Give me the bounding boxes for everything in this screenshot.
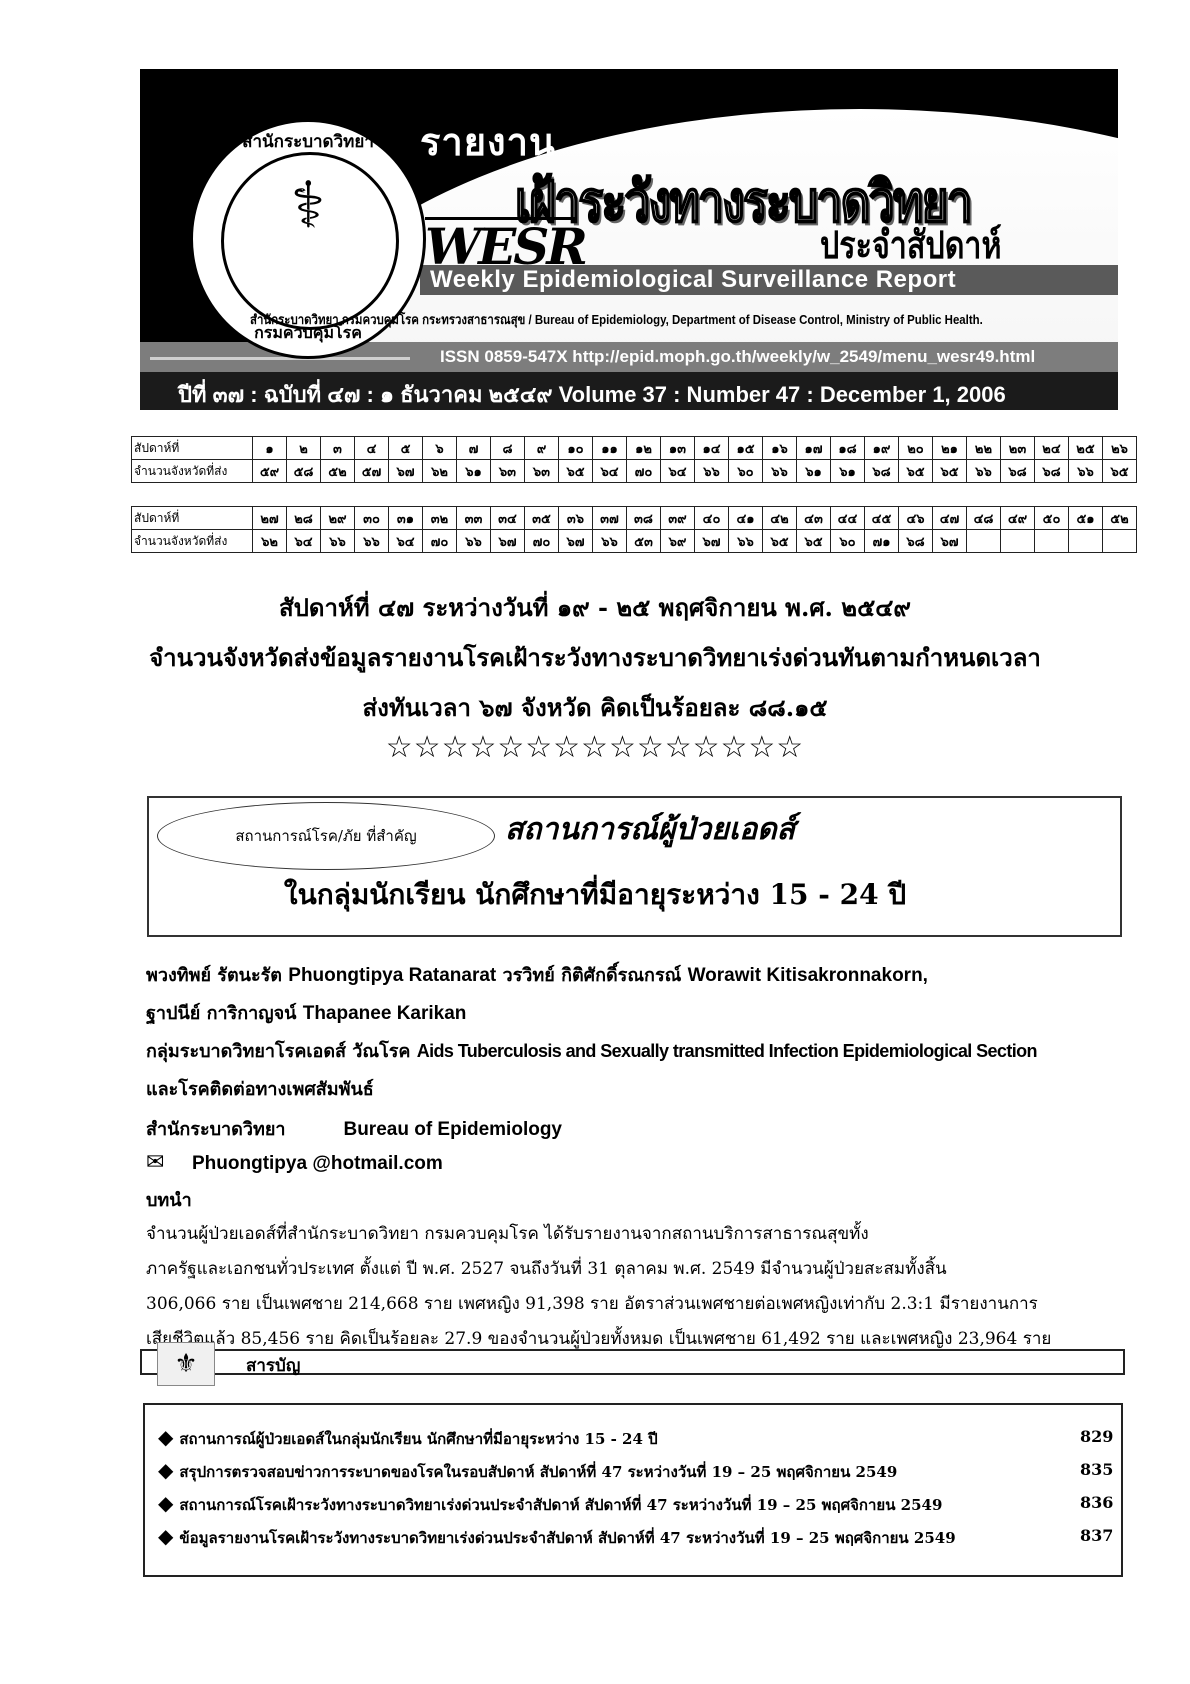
province-count-cell: ๖๖ bbox=[695, 460, 729, 483]
week-number-cell: ๓๙ bbox=[661, 507, 695, 530]
province-count-cell: ๖๖ bbox=[1069, 460, 1103, 483]
province-count-cell: ๖๔ bbox=[661, 460, 695, 483]
topic-category-badge: สถานการณ์โรค/ภัย ที่สำคัญ bbox=[157, 802, 495, 870]
province-count-cell: ๗๐ bbox=[423, 530, 457, 553]
intro-heading-text: บทนำ bbox=[146, 1190, 192, 1211]
province-count-cell: ๖๘ bbox=[899, 530, 933, 553]
week-number-cell: ๒๗ bbox=[253, 507, 287, 530]
province-count-cell: ๖๗ bbox=[491, 530, 525, 553]
week-number-cell: ๒๘ bbox=[287, 507, 321, 530]
week-number-cell: ๑๗ bbox=[797, 437, 831, 460]
province-count-cell: ๖๗ bbox=[389, 460, 423, 483]
week-number-cell: ๒๕ bbox=[1069, 437, 1103, 460]
province-count-cell bbox=[1001, 530, 1035, 553]
week-number-cell: ๕๐ bbox=[1035, 507, 1069, 530]
star-divider: ☆☆☆☆☆☆☆☆☆☆☆☆☆☆☆ bbox=[0, 730, 1190, 765]
week-number-cell: ๒๒ bbox=[967, 437, 1001, 460]
toc-item-page: 836 bbox=[1080, 1493, 1113, 1512]
toc-item-page: 829 bbox=[1080, 1427, 1113, 1446]
authors-line-2: ฐาปนีย์ การิกาญจน์ Thapanee Karikan bbox=[146, 998, 466, 1027]
province-count-cell: ๖๒ bbox=[423, 460, 457, 483]
week-number-cell: ๙ bbox=[525, 437, 559, 460]
author-1-en: Phuongtipya Ratanarat bbox=[288, 965, 496, 986]
toc-item-label: สรุปการตรวจสอบข่าวการระบาดของโรคในรอบสัป… bbox=[179, 1463, 897, 1481]
week-number-cell: ๓๕ bbox=[525, 507, 559, 530]
week-number-cell: ๕ bbox=[389, 437, 423, 460]
bureau-line: สำนักระบาดวิทยา กรมควบคุมโรค กระทรวงสาธา… bbox=[250, 309, 983, 330]
volume-line: ปีที่ ๓๗ : ฉบับที่ ๔๗ : ๑ ธันวาคม ๒๕๔๙ V… bbox=[178, 377, 1006, 410]
row-label-week: สัปดาห์ที่ bbox=[132, 507, 253, 530]
email-line: ✉Phuongtipya @hotmail.com bbox=[146, 1150, 443, 1175]
province-count-cell: ๖๑ bbox=[457, 460, 491, 483]
week-row: สัปดาห์ที่๒๗๒๘๒๙๓๐๓๑๓๒๓๓๓๔๓๕๓๖๓๗๓๘๓๙๔๐๔๑… bbox=[132, 507, 1137, 530]
province-count-cell: ๖๘ bbox=[865, 460, 899, 483]
toc-item[interactable]: ◆สถานการณ์ผู้ป่วยเอดส์ในกลุ่มนักเรียน นั… bbox=[158, 1425, 658, 1451]
week-number-cell: ๘ bbox=[491, 437, 525, 460]
province-count-cell: ๖๔ bbox=[593, 460, 627, 483]
envelope-icon: ✉ bbox=[146, 1150, 176, 1175]
province-count-cell: ๗๐ bbox=[627, 460, 661, 483]
week-number-cell: ๒๐ bbox=[899, 437, 933, 460]
week-number-cell: ๒ bbox=[287, 437, 321, 460]
week-number-cell: ๑๕ bbox=[729, 437, 763, 460]
week-number-cell: ๔๑ bbox=[729, 507, 763, 530]
summary-ontime: ส่งทันเวลา ๖๗ จังหวัด คิดเป็นร้อยละ ๘๘.๑… bbox=[0, 688, 1190, 727]
province-count-cell: ๕๓ bbox=[627, 530, 661, 553]
province-count-cell: ๖๕ bbox=[899, 460, 933, 483]
week-number-cell: ๑๔ bbox=[695, 437, 729, 460]
caduceus-emblem-icon: ⚕ bbox=[193, 166, 423, 246]
emblem-icon: ⚜ bbox=[157, 1342, 215, 1386]
province-count-cell bbox=[1103, 530, 1137, 553]
author-2-en: Worawit Kitisakronnakorn, bbox=[688, 965, 928, 986]
section-th: กลุ่มระบาดวิทยาโรคเอดส์ วัณโรค bbox=[146, 1041, 417, 1062]
toc-item-page: 837 bbox=[1080, 1526, 1113, 1545]
week-number-cell: ๑๖ bbox=[763, 437, 797, 460]
week-number-cell: ๓๐ bbox=[355, 507, 389, 530]
row-label-week: สัปดาห์ที่ bbox=[132, 437, 253, 460]
toc-item-label: สถานการณ์โรคเฝ้าระวังทางระบาดวิทยาเร่งด่… bbox=[179, 1496, 942, 1514]
province-count-cell: ๖๔ bbox=[389, 530, 423, 553]
intro-heading: บทนำ bbox=[146, 1185, 192, 1214]
intro-paragraph-line: ภาครัฐและเอกชนทั่วประเทศ ตั้งแต่ ปี พ.ศ.… bbox=[146, 1255, 1126, 1282]
province-count-cell: ๕๙ bbox=[253, 460, 287, 483]
province-count-cell: ๖๗ bbox=[695, 530, 729, 553]
week-number-cell: ๑ bbox=[253, 437, 287, 460]
bureau-affiliation: สำนักระบาดวิทยาBureau of Epidemiology bbox=[146, 1114, 562, 1143]
week-number-cell: ๓๔ bbox=[491, 507, 525, 530]
week-number-cell: ๑๑ bbox=[593, 437, 627, 460]
week-row: สัปดาห์ที่๑๒๓๔๕๖๗๘๙๑๐๑๑๑๒๑๓๑๔๑๕๑๖๑๗๑๘๑๙๒… bbox=[132, 437, 1137, 460]
province-count-cell: ๕๘ bbox=[287, 460, 321, 483]
logo-text-top: สำนักระบาดวิทยา bbox=[193, 128, 423, 155]
week-table-2: สัปดาห์ที่๒๗๒๘๒๙๓๐๓๑๓๒๓๓๓๔๓๕๓๖๓๗๓๘๓๙๔๐๔๑… bbox=[131, 506, 1137, 553]
week-number-cell: ๓๒ bbox=[423, 507, 457, 530]
summary-description: จำนวนจังหวัดส่งข้อมูลรายงานโรคเฝ้าระวังท… bbox=[0, 638, 1190, 677]
masthead: สำนักระบาดวิทยา ⚕ กรมควบคุมโรค รายงาน เฝ… bbox=[140, 69, 1118, 410]
province-count-cell: ๖๕ bbox=[559, 460, 593, 483]
author-3-en: Thapanee Karikan bbox=[303, 1003, 467, 1024]
section-en: Aids Tuberculosis and Sexually transmitt… bbox=[417, 1041, 1037, 1061]
issn-divider bbox=[150, 357, 410, 360]
province-count-cell: ๖๐ bbox=[729, 460, 763, 483]
province-count-cell bbox=[1035, 530, 1069, 553]
week-number-cell: ๓๗ bbox=[593, 507, 627, 530]
author-2-th: วรวิทย์ กิติศักดิ์รณกรณ์ bbox=[496, 965, 687, 986]
province-count-cell: ๖๕ bbox=[933, 460, 967, 483]
section-th-cont: และโรคติดต่อทางเพศสัมพันธ์ bbox=[146, 1079, 374, 1100]
intro-paragraph-line: 306,066 ราย เป็นเพศชาย 214,668 ราย เพศหญ… bbox=[146, 1290, 1126, 1317]
week-number-cell: ๔ bbox=[355, 437, 389, 460]
week-number-cell: ๑๙ bbox=[865, 437, 899, 460]
week-number-cell: ๑๘ bbox=[831, 437, 865, 460]
week-number-cell: ๔๔ bbox=[831, 507, 865, 530]
province-count-cell: ๗๐ bbox=[525, 530, 559, 553]
week-number-cell: ๔๐ bbox=[695, 507, 729, 530]
province-count-cell: ๖๖ bbox=[593, 530, 627, 553]
diamond-bullet-icon: ◆ bbox=[158, 1458, 173, 1482]
week-number-cell: ๒๔ bbox=[1035, 437, 1069, 460]
province-count-cell: ๗๑ bbox=[865, 530, 899, 553]
toc-title: สารบัญ bbox=[246, 1352, 300, 1379]
province-count-cell: ๖๙ bbox=[661, 530, 695, 553]
row-label-count: จำนวนจังหวัดที่ส่ง bbox=[132, 530, 253, 553]
section-line-2: และโรคติดต่อทางเพศสัมพันธ์ bbox=[146, 1074, 374, 1103]
province-count-cell: ๖๘ bbox=[1035, 460, 1069, 483]
week-number-cell: ๒๖ bbox=[1103, 437, 1137, 460]
week-number-cell: ๔๕ bbox=[865, 507, 899, 530]
week-number-cell: ๑๒ bbox=[627, 437, 661, 460]
province-count-cell: ๖๖ bbox=[321, 530, 355, 553]
summary-week-line: สัปดาห์ที่ ๔๗ ระหว่างวันที่ ๑๙ - ๒๕ พฤศจ… bbox=[0, 588, 1190, 627]
intro-paragraph-line: เสียชีวิตแล้ว 85,456 ราย คิดเป็นร้อยละ 2… bbox=[146, 1325, 1126, 1352]
bureau-en: Bureau of Epidemiology bbox=[343, 1119, 562, 1140]
province-count-cell: ๖๗ bbox=[933, 530, 967, 553]
row-label-count: จำนวนจังหวัดที่ส่ง bbox=[132, 460, 253, 483]
masthead-title-en: Weekly Epidemiological Surveillance Repo… bbox=[430, 266, 956, 294]
week-number-cell: ๔๒ bbox=[763, 507, 797, 530]
author-email[interactable]: Phuongtipya @hotmail.com bbox=[192, 1153, 443, 1174]
province-count-cell: ๖๖ bbox=[355, 530, 389, 553]
toc-item[interactable]: ◆สรุปการตรวจสอบข่าวการระบาดของโรคในรอบสั… bbox=[158, 1458, 897, 1484]
province-count-cell: ๖๗ bbox=[559, 530, 593, 553]
province-count-cell: ๖๔ bbox=[287, 530, 321, 553]
week-number-cell: ๗ bbox=[457, 437, 491, 460]
week-number-cell: ๔๖ bbox=[899, 507, 933, 530]
province-count-cell: ๕๒ bbox=[321, 460, 355, 483]
province-count-cell: ๖๑ bbox=[797, 460, 831, 483]
week-number-cell: ๔๘ bbox=[967, 507, 1001, 530]
issn-url-line[interactable]: ISSN 0859-547X http://epid.moph.go.th/we… bbox=[440, 347, 1035, 367]
province-count-cell: ๖๐ bbox=[831, 530, 865, 553]
province-count-cell bbox=[1069, 530, 1103, 553]
toc-item[interactable]: ◆ข้อมูลรายงานโรคเฝ้าระวังทางระบาดวิทยาเร… bbox=[158, 1524, 956, 1550]
week-number-cell: ๖ bbox=[423, 437, 457, 460]
week-number-cell: ๔๓ bbox=[797, 507, 831, 530]
week-number-cell: ๓๖ bbox=[559, 507, 593, 530]
week-number-cell: ๕๒ bbox=[1103, 507, 1137, 530]
week-number-cell: ๓ bbox=[321, 437, 355, 460]
topic-category: สถานการณ์โรค/ภัย ที่สำคัญ bbox=[158, 803, 494, 869]
section-line: กลุ่มระบาดวิทยาโรคเอดส์ วัณโรค Aids Tube… bbox=[146, 1036, 1037, 1065]
diamond-bullet-icon: ◆ bbox=[158, 1524, 173, 1548]
province-count-cell: ๖๖ bbox=[763, 460, 797, 483]
week-table-1: สัปดาห์ที่๑๒๓๔๕๖๗๘๙๑๐๑๑๑๒๑๓๑๔๑๕๑๖๑๗๑๘๑๙๒… bbox=[131, 436, 1137, 483]
week-number-cell: ๓๓ bbox=[457, 507, 491, 530]
bureau-th: สำนักระบาดวิทยา bbox=[146, 1119, 285, 1140]
province-count-cell: ๖๑ bbox=[831, 460, 865, 483]
toc-item-page: 835 bbox=[1080, 1460, 1113, 1479]
toc-item[interactable]: ◆สถานการณ์โรคเฝ้าระวังทางระบาดวิทยาเร่งด… bbox=[158, 1491, 942, 1517]
count-row: จำนวนจังหวัดที่ส่ง๖๒๖๔๖๖๖๖๖๔๗๐๖๖๖๗๗๐๖๗๖๖… bbox=[132, 530, 1137, 553]
week-number-cell: ๒๑ bbox=[933, 437, 967, 460]
week-number-cell: ๑๐ bbox=[559, 437, 593, 460]
intro-paragraph-line: จำนวนผู้ป่วยเอดส์ที่สำนักระบาดวิทยา กรมค… bbox=[146, 1220, 1126, 1247]
week-number-cell: ๓๘ bbox=[627, 507, 661, 530]
province-count-cell: ๖๕ bbox=[797, 530, 831, 553]
week-number-cell: ๒๙ bbox=[321, 507, 355, 530]
toc-item-label: ข้อมูลรายงานโรคเฝ้าระวังทางระบาดวิทยาเร่… bbox=[179, 1529, 955, 1547]
province-count-cell: ๖๖ bbox=[457, 530, 491, 553]
week-number-cell: ๒๓ bbox=[1001, 437, 1035, 460]
authors-line-1: พวงทิพย์ รัตนะรัต Phuongtipya Ratanarat … bbox=[146, 960, 928, 989]
province-count-cell: ๖๖ bbox=[729, 530, 763, 553]
week-number-cell: ๑๓ bbox=[661, 437, 695, 460]
week-number-cell: ๕๑ bbox=[1069, 507, 1103, 530]
province-count-cell: ๖๓ bbox=[525, 460, 559, 483]
province-count-cell: ๖๖ bbox=[967, 460, 1001, 483]
topic-title: สถานการณ์ผู้ป่วยเอดส์ bbox=[505, 806, 795, 853]
week-number-cell: ๔๗ bbox=[933, 507, 967, 530]
topic-subtitle: ในกลุ่มนักเรียน นักศึกษาที่มีอายุระหว่าง… bbox=[0, 873, 1190, 917]
province-count-cell: ๖๒ bbox=[253, 530, 287, 553]
toc-item-label: สถานการณ์ผู้ป่วยเอดส์ในกลุ่มนักเรียน นัก… bbox=[179, 1430, 657, 1448]
diamond-bullet-icon: ◆ bbox=[158, 1425, 173, 1449]
author-3-th: ฐาปนีย์ การิกาญจน์ bbox=[146, 1003, 303, 1024]
province-count-cell: ๖๓ bbox=[491, 460, 525, 483]
province-count-cell: ๖๘ bbox=[1001, 460, 1035, 483]
province-count-cell: ๕๗ bbox=[355, 460, 389, 483]
province-count-cell bbox=[967, 530, 1001, 553]
count-row: จำนวนจังหวัดที่ส่ง๕๙๕๘๕๒๕๗๖๗๖๒๖๑๖๓๖๓๖๕๖๔… bbox=[132, 460, 1137, 483]
diamond-bullet-icon: ◆ bbox=[158, 1491, 173, 1515]
author-1-th: พวงทิพย์ รัตนะรัต bbox=[146, 965, 288, 986]
week-number-cell: ๓๑ bbox=[389, 507, 423, 530]
province-count-cell: ๖๕ bbox=[763, 530, 797, 553]
week-number-cell: ๔๙ bbox=[1001, 507, 1035, 530]
province-count-cell: ๖๕ bbox=[1103, 460, 1137, 483]
